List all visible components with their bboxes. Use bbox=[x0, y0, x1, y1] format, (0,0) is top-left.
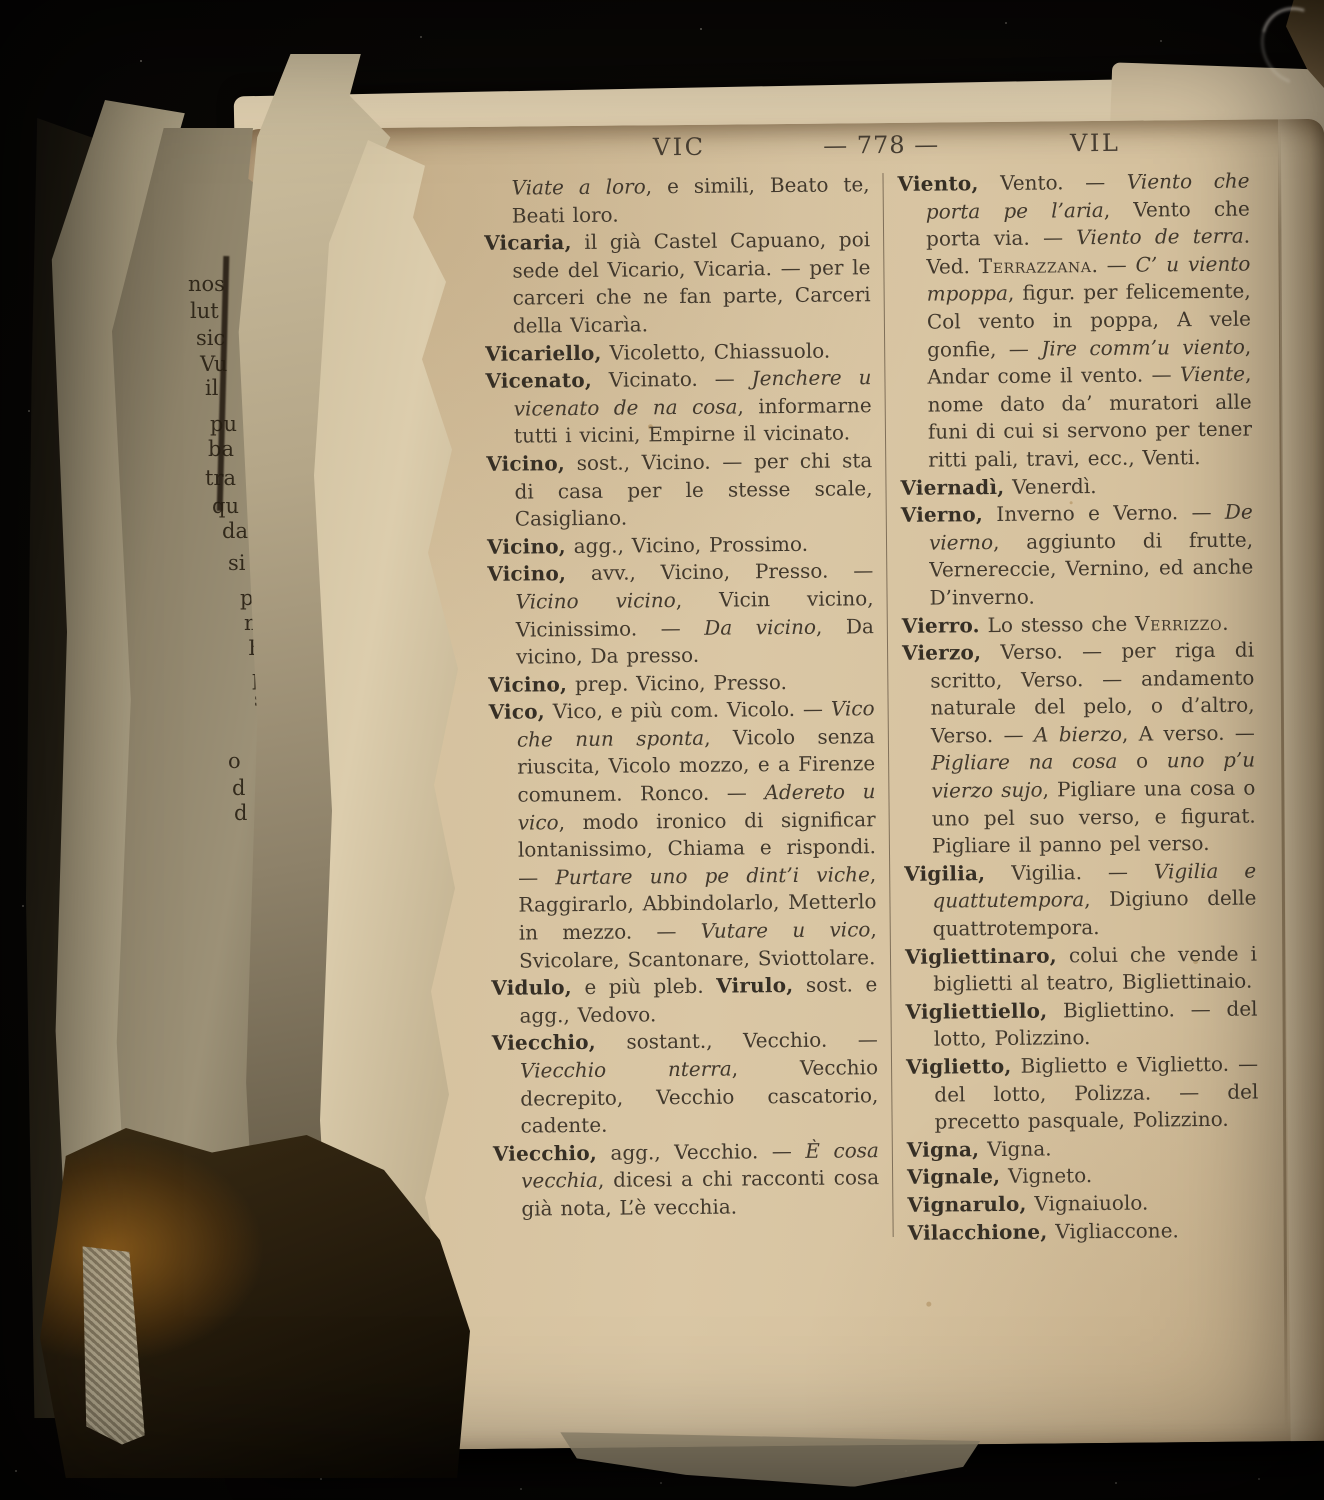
entry-segment: Vilacchione, bbox=[908, 1219, 1048, 1244]
dictionary-entry: Vicino, avv., Vicino, Presso. — Vicino v… bbox=[487, 557, 874, 671]
dictionary-entry: Vierzo, Verso. — per riga di scritto, Ve… bbox=[902, 637, 1256, 861]
torn-page-layer bbox=[48, 100, 238, 1430]
dictionary-entry: Vicino, prep. Vicino, Presso. bbox=[488, 668, 874, 699]
fragment-letter: tra bbox=[205, 467, 236, 489]
dictionary-entry: Vico, Vico, e più com. Vicolo. — Vico ch… bbox=[489, 695, 878, 975]
entry-segment: Viernadì, bbox=[900, 474, 1004, 499]
dictionary-entry: Vignale, Vigneto. bbox=[907, 1161, 1259, 1192]
entry-segment: Jire comm’u viento bbox=[1041, 334, 1245, 360]
entry-segment: Viecchio nterra bbox=[520, 1057, 732, 1083]
entry-segment: Viento, bbox=[897, 171, 978, 196]
dictionary-entry: Viecchio, agg., Vecchio. — È cosa vecchi… bbox=[493, 1137, 880, 1223]
entry-segment: Verrizzo bbox=[1135, 610, 1222, 635]
entry-segment: Virulo, bbox=[716, 973, 793, 998]
entry-segment: prep. Vicino, Presso. bbox=[567, 670, 787, 696]
dictionary-entry: Vicaria, il già Castel Capuano, poi sede… bbox=[484, 226, 871, 340]
entry-segment: . — bbox=[1091, 252, 1135, 276]
dictionary-entry: Vierro. Lo stesso che Verrizzo. bbox=[902, 609, 1254, 640]
fragment-letter: il bbox=[205, 377, 218, 399]
entry-segment: Vicaria, bbox=[484, 230, 572, 255]
header-section-left: VIC bbox=[653, 133, 706, 162]
text-column-left: Viate a loro, e simili, Beato te, Beati … bbox=[483, 171, 879, 1251]
fragment-letter: si bbox=[228, 552, 246, 574]
entry-segment: Vicino, bbox=[488, 672, 567, 697]
entry-segment: Vignarulo, bbox=[907, 1192, 1026, 1217]
entry-segment: . bbox=[1222, 610, 1229, 634]
page-text: VIC — 778 — VIL Viate a loro, e simili, … bbox=[483, 127, 1286, 1251]
entry-segment: Vicoletto, Chiassuolo. bbox=[602, 338, 831, 364]
text-column-right: Viento, Vento. — Viento che porta pe l’a… bbox=[897, 168, 1259, 1247]
fragment-letter: da bbox=[222, 520, 248, 542]
dictionary-entry: Viecchio, sostant., Vecchio. — Viecchio … bbox=[492, 1027, 879, 1141]
entry-segment: Lo stesso che bbox=[980, 611, 1136, 636]
entry-segment: Vicenato, bbox=[485, 368, 592, 393]
dictionary-entry: Vicenato, Vicinato. — Jenchere u vicenat… bbox=[485, 364, 872, 450]
fragment-letter: d bbox=[234, 802, 247, 824]
entry-segment: Inverno e Verno. — bbox=[983, 500, 1225, 526]
entry-segment: Vigilia. — bbox=[985, 859, 1154, 885]
dictionary-entry: Vicino, agg., Vicino, Prossimo. bbox=[487, 530, 873, 561]
fragment-letter: ba bbox=[208, 438, 234, 460]
fragment-letter: Vu bbox=[200, 353, 227, 375]
entry-segment: Viecchio, bbox=[492, 1030, 596, 1055]
entry-segment: o bbox=[1117, 749, 1167, 773]
entry-segment: e più pleb. bbox=[572, 974, 717, 999]
fragment-letter: lut bbox=[190, 300, 219, 322]
dictionary-entry: Vicariello, Vicoletto, Chiassuolo. bbox=[485, 337, 871, 368]
entry-segment: Viglietto, bbox=[906, 1054, 1012, 1079]
entry-segment: Vigilia, bbox=[904, 861, 985, 886]
fragment-letter: qu bbox=[212, 495, 239, 517]
entry-segment: agg., Vicino, Prossimo. bbox=[566, 532, 808, 558]
entry-segment: Purtare uno pe dint’i viche bbox=[555, 862, 870, 889]
entry-segment: Vignale, bbox=[907, 1164, 1000, 1189]
dust-speckles bbox=[0, 0, 2, 2]
dictionary-entry: Vigna, Vigna. bbox=[907, 1133, 1259, 1164]
photo-backdrop: VIC — 778 — VIL Viate a loro, e simili, … bbox=[0, 0, 1324, 1500]
entry-segment: Vigliaccone. bbox=[1047, 1218, 1179, 1243]
entry-segment: Vigneto. bbox=[1000, 1163, 1092, 1188]
dictionary-entry: Vidulo, e più pleb. Virulo, sost. e agg.… bbox=[491, 971, 878, 1030]
main-page: VIC — 778 — VIL Viate a loro, e simili, … bbox=[246, 119, 1324, 1451]
fragment-letter: pu bbox=[210, 413, 237, 435]
column-divider bbox=[882, 173, 893, 1237]
entry-segment: Vierno, bbox=[901, 502, 984, 527]
fragment-letter: d bbox=[232, 777, 245, 799]
entry-segment: agg., Vecchio. — bbox=[597, 1139, 806, 1165]
torn-page-layer bbox=[26, 118, 166, 1418]
entry-segment: Vigliettiello, bbox=[905, 998, 1047, 1023]
entry-segment: Vignaiuolo. bbox=[1026, 1191, 1148, 1216]
text-columns: Viate a loro, e simili, Beato te, Beati … bbox=[483, 167, 1285, 1251]
fragment-letter: o bbox=[228, 750, 241, 772]
entry-segment: Pigliare na cosa bbox=[931, 749, 1117, 775]
foxing-spots bbox=[307, 209, 310, 212]
entry-segment: Vierzo, bbox=[902, 640, 981, 665]
entry-segment: avv., Vicino, Presso. — bbox=[566, 558, 873, 585]
page-header: VIC — 778 — VIL bbox=[483, 127, 1275, 171]
entry-segment: Vicino, bbox=[487, 534, 566, 559]
dictionary-entry: Vicino, sost., Vicino. — per chi sta di … bbox=[486, 447, 873, 533]
cloth-binding bbox=[77, 1244, 145, 1447]
entry-segment: A bierzo bbox=[1034, 722, 1122, 747]
entry-segment: Da vicino bbox=[704, 614, 816, 639]
entry-segment: sostant., Vecchio. — bbox=[596, 1028, 878, 1055]
entry-segment: Vicino, bbox=[486, 451, 565, 476]
page-number: — 778 — bbox=[823, 131, 939, 160]
dictionary-entry: Viento, Vento. — Viento che porta pe l’a… bbox=[897, 168, 1252, 475]
entry-segment: Vico, e più com. Vicolo. — bbox=[545, 697, 831, 724]
dictionary-entry: Vilacchione, Vigliaccone. bbox=[908, 1216, 1260, 1247]
dictionary-entry: Viernadì, Venerdì. bbox=[900, 471, 1252, 502]
entry-segment: Viente bbox=[1180, 362, 1245, 387]
entry-segment: Vicariello, bbox=[485, 340, 602, 365]
entry-segment: Viecchio, bbox=[493, 1141, 597, 1166]
entry-segment: Terrazzana bbox=[979, 253, 1092, 278]
entry-segment: Viate a loro bbox=[511, 174, 645, 199]
entry-segment: Vigna. bbox=[979, 1136, 1052, 1161]
dictionary-entry: Vigliettinaro, colui che vende i bigliet… bbox=[905, 940, 1258, 999]
entry-segment: sost., Vicino. — per chi sta di casa per… bbox=[514, 448, 872, 531]
entry-segment: Viento de terra bbox=[1076, 224, 1244, 250]
entry-segment: Vicino vicino bbox=[515, 588, 675, 614]
dictionary-entry: Vignarulo, Vignaiuolo. bbox=[907, 1188, 1259, 1219]
dictionary-entry: Vigliettiello, Bigliettino. — del lotto,… bbox=[905, 995, 1258, 1054]
entry-segment: Vico, bbox=[489, 700, 545, 725]
entry-segment: Vicinato. — bbox=[592, 366, 752, 392]
dictionary-entry: Vierno, Inverno e Verno. — De vierno, ag… bbox=[901, 499, 1254, 613]
fragment-letter: nos bbox=[188, 273, 225, 295]
entry-segment: Vidulo, bbox=[491, 975, 572, 1000]
dictionary-entry: Vigilia, Vigilia. — Vigilia e quattutemp… bbox=[904, 857, 1257, 943]
dictionary-entry: Viglietto, Biglietto e Viglietto. — del … bbox=[906, 1051, 1259, 1137]
entry-segment: Vierro. bbox=[902, 613, 980, 638]
dictionary-entry: Viate a loro, e simili, Beato te, Beati … bbox=[483, 171, 870, 230]
entry-segment: Vutare u vico bbox=[701, 917, 871, 943]
entry-segment: Venerdì. bbox=[1004, 474, 1096, 499]
entry-segment: , A verso. — bbox=[1122, 720, 1255, 745]
fragment-letter: sic bbox=[196, 327, 225, 349]
entry-segment: Vigliettinaro, bbox=[905, 943, 1057, 968]
entry-segment: Vigna, bbox=[907, 1137, 980, 1162]
entry-segment: Vicino, bbox=[487, 561, 566, 586]
header-section-right: VIL bbox=[1070, 129, 1121, 157]
entry-segment: Vento. — bbox=[978, 170, 1126, 195]
